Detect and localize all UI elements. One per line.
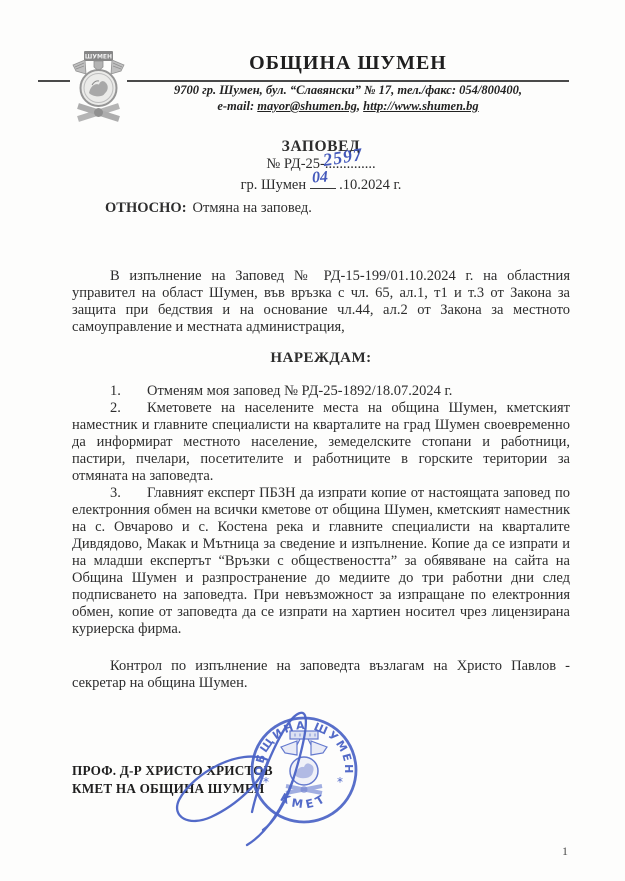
stamp-star-left-icon: * <box>263 775 269 789</box>
place-label: гр. Шумен <box>241 177 307 193</box>
email-link: mayor@shumen.bg <box>257 99 357 113</box>
item-text: Отменям моя заповед № РД-25-1892/18.07.2… <box>147 383 452 399</box>
order-items: 1.Отменям моя заповед № РД-25-1892/18.07… <box>72 383 570 638</box>
logo-left-wing <box>73 60 86 74</box>
separator-comma: , <box>357 99 360 113</box>
logo-ribbon-knot <box>94 108 103 117</box>
subject-line: ОТНОСНО:Отмяна на заповед. <box>72 200 603 217</box>
website-link: http://www.shumen.bg <box>363 99 479 113</box>
logo-banner-text: ШУМЕН <box>85 54 112 61</box>
order-heading: НАРЕЖДАМ: <box>72 350 570 367</box>
subject-label: ОТНОСНО: <box>105 200 187 216</box>
item-text: Главният експерт ПБЗН да изпрати копие о… <box>72 485 570 637</box>
item-number: 1. <box>110 383 147 400</box>
order-item-3: 3.Главният експерт ПБЗН да изпрати копие… <box>72 485 570 638</box>
item-number: 2. <box>110 400 147 417</box>
date-suffix: .10.2024 г. <box>339 177 401 193</box>
date-line: гр. Шумен04.10.2024 г. <box>72 173 570 195</box>
item-number: 3. <box>110 485 147 502</box>
organization-name: ОБЩИНА ШУМЕН <box>127 50 569 76</box>
date-blank-field: 04 <box>310 173 336 189</box>
logo-right-wing <box>111 60 124 74</box>
item-text: Кметовете на населените места на община … <box>72 400 570 484</box>
header-rule-left <box>38 80 70 82</box>
order-item-2: 2.Кметовете на населените места на общин… <box>72 400 570 485</box>
letterhead: ОБЩИНА ШУМЕН 9700 гр. Шумен, бул. “Славя… <box>127 50 569 114</box>
contact-line: e-mail: mayor@shumen.bg, http://www.shum… <box>127 98 569 114</box>
document-title-block: ЗАПОВЕД № РД-25-.............. 2597 гр. … <box>72 138 570 195</box>
control-paragraph: Контрол по изпълнение на заповедта възла… <box>72 658 570 692</box>
page-number: 1 <box>562 844 568 859</box>
handwritten-date-day: 04 <box>312 168 329 187</box>
document-page: ШУМЕН ОБЩИНА ШУМЕН 9700 гр. Шумен, бул. … <box>0 0 625 881</box>
intro-paragraph: В изпълнение на Заповед № РД-15-199/01.1… <box>72 268 570 336</box>
subject-text: Отмяна на заповед. <box>193 200 312 216</box>
stamp-star-right-icon: * <box>337 775 343 789</box>
municipality-coat-of-arms: ШУМЕН <box>71 49 126 128</box>
email-label: e-mail: <box>217 99 254 113</box>
stamp-and-signature: ОБЩИНА ШУМЕН КМЕТ * * <box>145 695 405 875</box>
address-line: 9700 гр. Шумен, бул. “Славянски” № 17, т… <box>127 82 569 98</box>
order-item-1: 1.Отменям моя заповед № РД-25-1892/18.07… <box>72 383 570 400</box>
